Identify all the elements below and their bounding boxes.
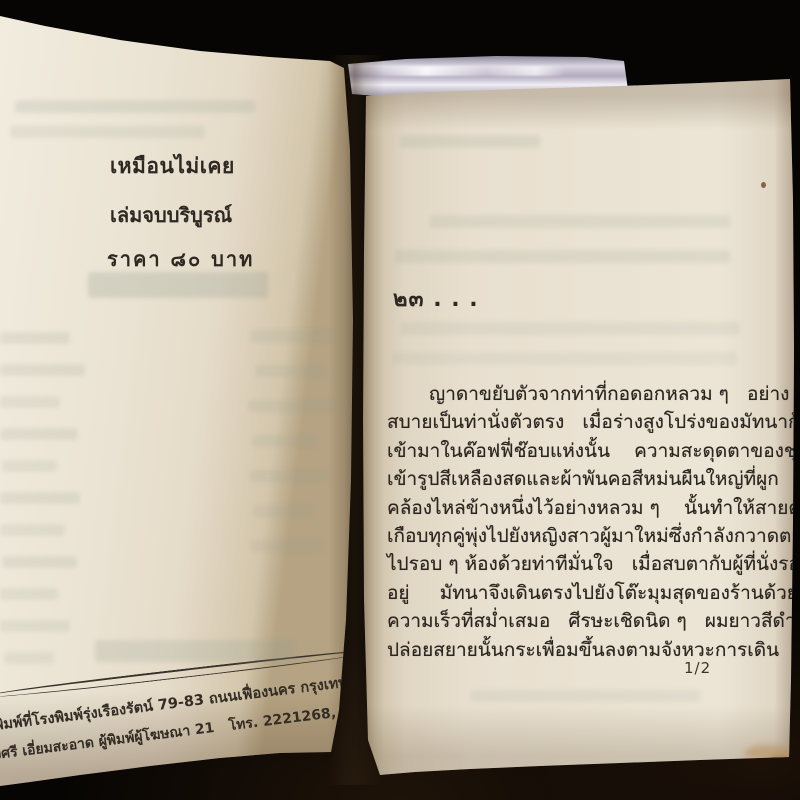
ghost-text-bleedthrough [0,396,60,408]
ghost-text-bleedthrough [0,588,58,600]
story-paragraph: ญาดาขยับตัวจากท่าที่กอดอกหลวม ๆ อย่าง สบ… [387,380,739,664]
ghost-text-bleedthrough [10,126,205,138]
ghost-text-bleedthrough [0,620,70,632]
ghost-text-bleedthrough [248,400,333,412]
ghost-text-bleedthrough [0,428,78,440]
ghost-text-bleedthrough [400,322,740,335]
paragraph-line: สบายเป็นท่านั่งตัวตรง เมื่อร่างสูงโปร่งข… [387,408,739,436]
book-title: เหมือนไม่เคย [110,150,235,183]
ghost-text-bleedthrough [400,135,540,148]
ghost-text-bleedthrough [95,640,295,662]
ghost-text-bleedthrough [395,250,730,263]
paragraph-line: เข้ามาในค๊อฟฟี่ช๊อบแห่งนั้น ความสะดุดตาข… [387,437,739,465]
ghost-text-bleedthrough [15,100,255,113]
ghost-text-bleedthrough [0,364,85,376]
ghost-text-bleedthrough [0,332,70,344]
open-book-photo: เหมือนไม่เคย เล่มจบบริบูรณ์ ราคา ๘๐ บาท … [0,0,800,800]
ghost-text-bleedthrough [470,690,700,702]
book-edition-note: เล่มจบบริบูรณ์ [110,199,232,231]
ghost-text-bleedthrough [255,365,325,377]
paper-stain [770,755,792,764]
chapter-number-heading: ๒๓ . . . [393,281,479,316]
ghost-text-bleedthrough [250,540,322,552]
plastic-shine-highlight [366,66,566,76]
page-number-marker: 1/2 [684,659,711,677]
ghost-text-bleedthrough [250,330,330,342]
ghost-text-bleedthrough [2,556,77,568]
paragraph-line: เข้ารูปสีเหลืองสดและผ้าพันคอสีหม่นผืนใหญ… [387,465,739,493]
ghost-text-bleedthrough [4,652,54,664]
ghost-text-bleedthrough [252,435,317,447]
ghost-text-bleedthrough [2,460,57,472]
paragraph-line: เกือบทุกคู่พุ่งไปยังหญิงสาวผู้มาใหม่ซึ่ง… [387,522,739,550]
ghost-text-bleedthrough [0,524,65,536]
ghost-text-bleedthrough [253,505,313,517]
ghost-text-bleedthrough [392,352,737,365]
ghost-text-bleedthrough [250,470,328,482]
paragraph-line: ญาดาขยับตัวจากท่าที่กอดอกหลวม ๆ อย่าง [387,380,739,408]
ghost-text-bleedthrough [88,272,268,298]
paragraph-line: คล้องไหล่ข้างหนึ่งไว้อย่างหลวม ๆ นั้นทำใ… [387,494,739,522]
paragraph-line: ไปรอบ ๆ ห้องด้วยท่าทีมั่นใจ เมื่อสบตากับ… [387,550,739,578]
paragraph-line: อยู่ มัทนาจึงเดินตรงไปยังโต๊ะมุมสุดของร้… [387,579,739,607]
ghost-text-bleedthrough [0,492,80,504]
book-price: ราคา ๘๐ บาท [107,243,254,275]
paper-stain [745,745,795,761]
ghost-text-bleedthrough [430,215,730,228]
paragraph-line: ความเร็วที่สม่ำเสมอ ศีรษะเชิดนิด ๆ ผมยาว… [387,607,739,635]
paper-stain [761,182,766,188]
